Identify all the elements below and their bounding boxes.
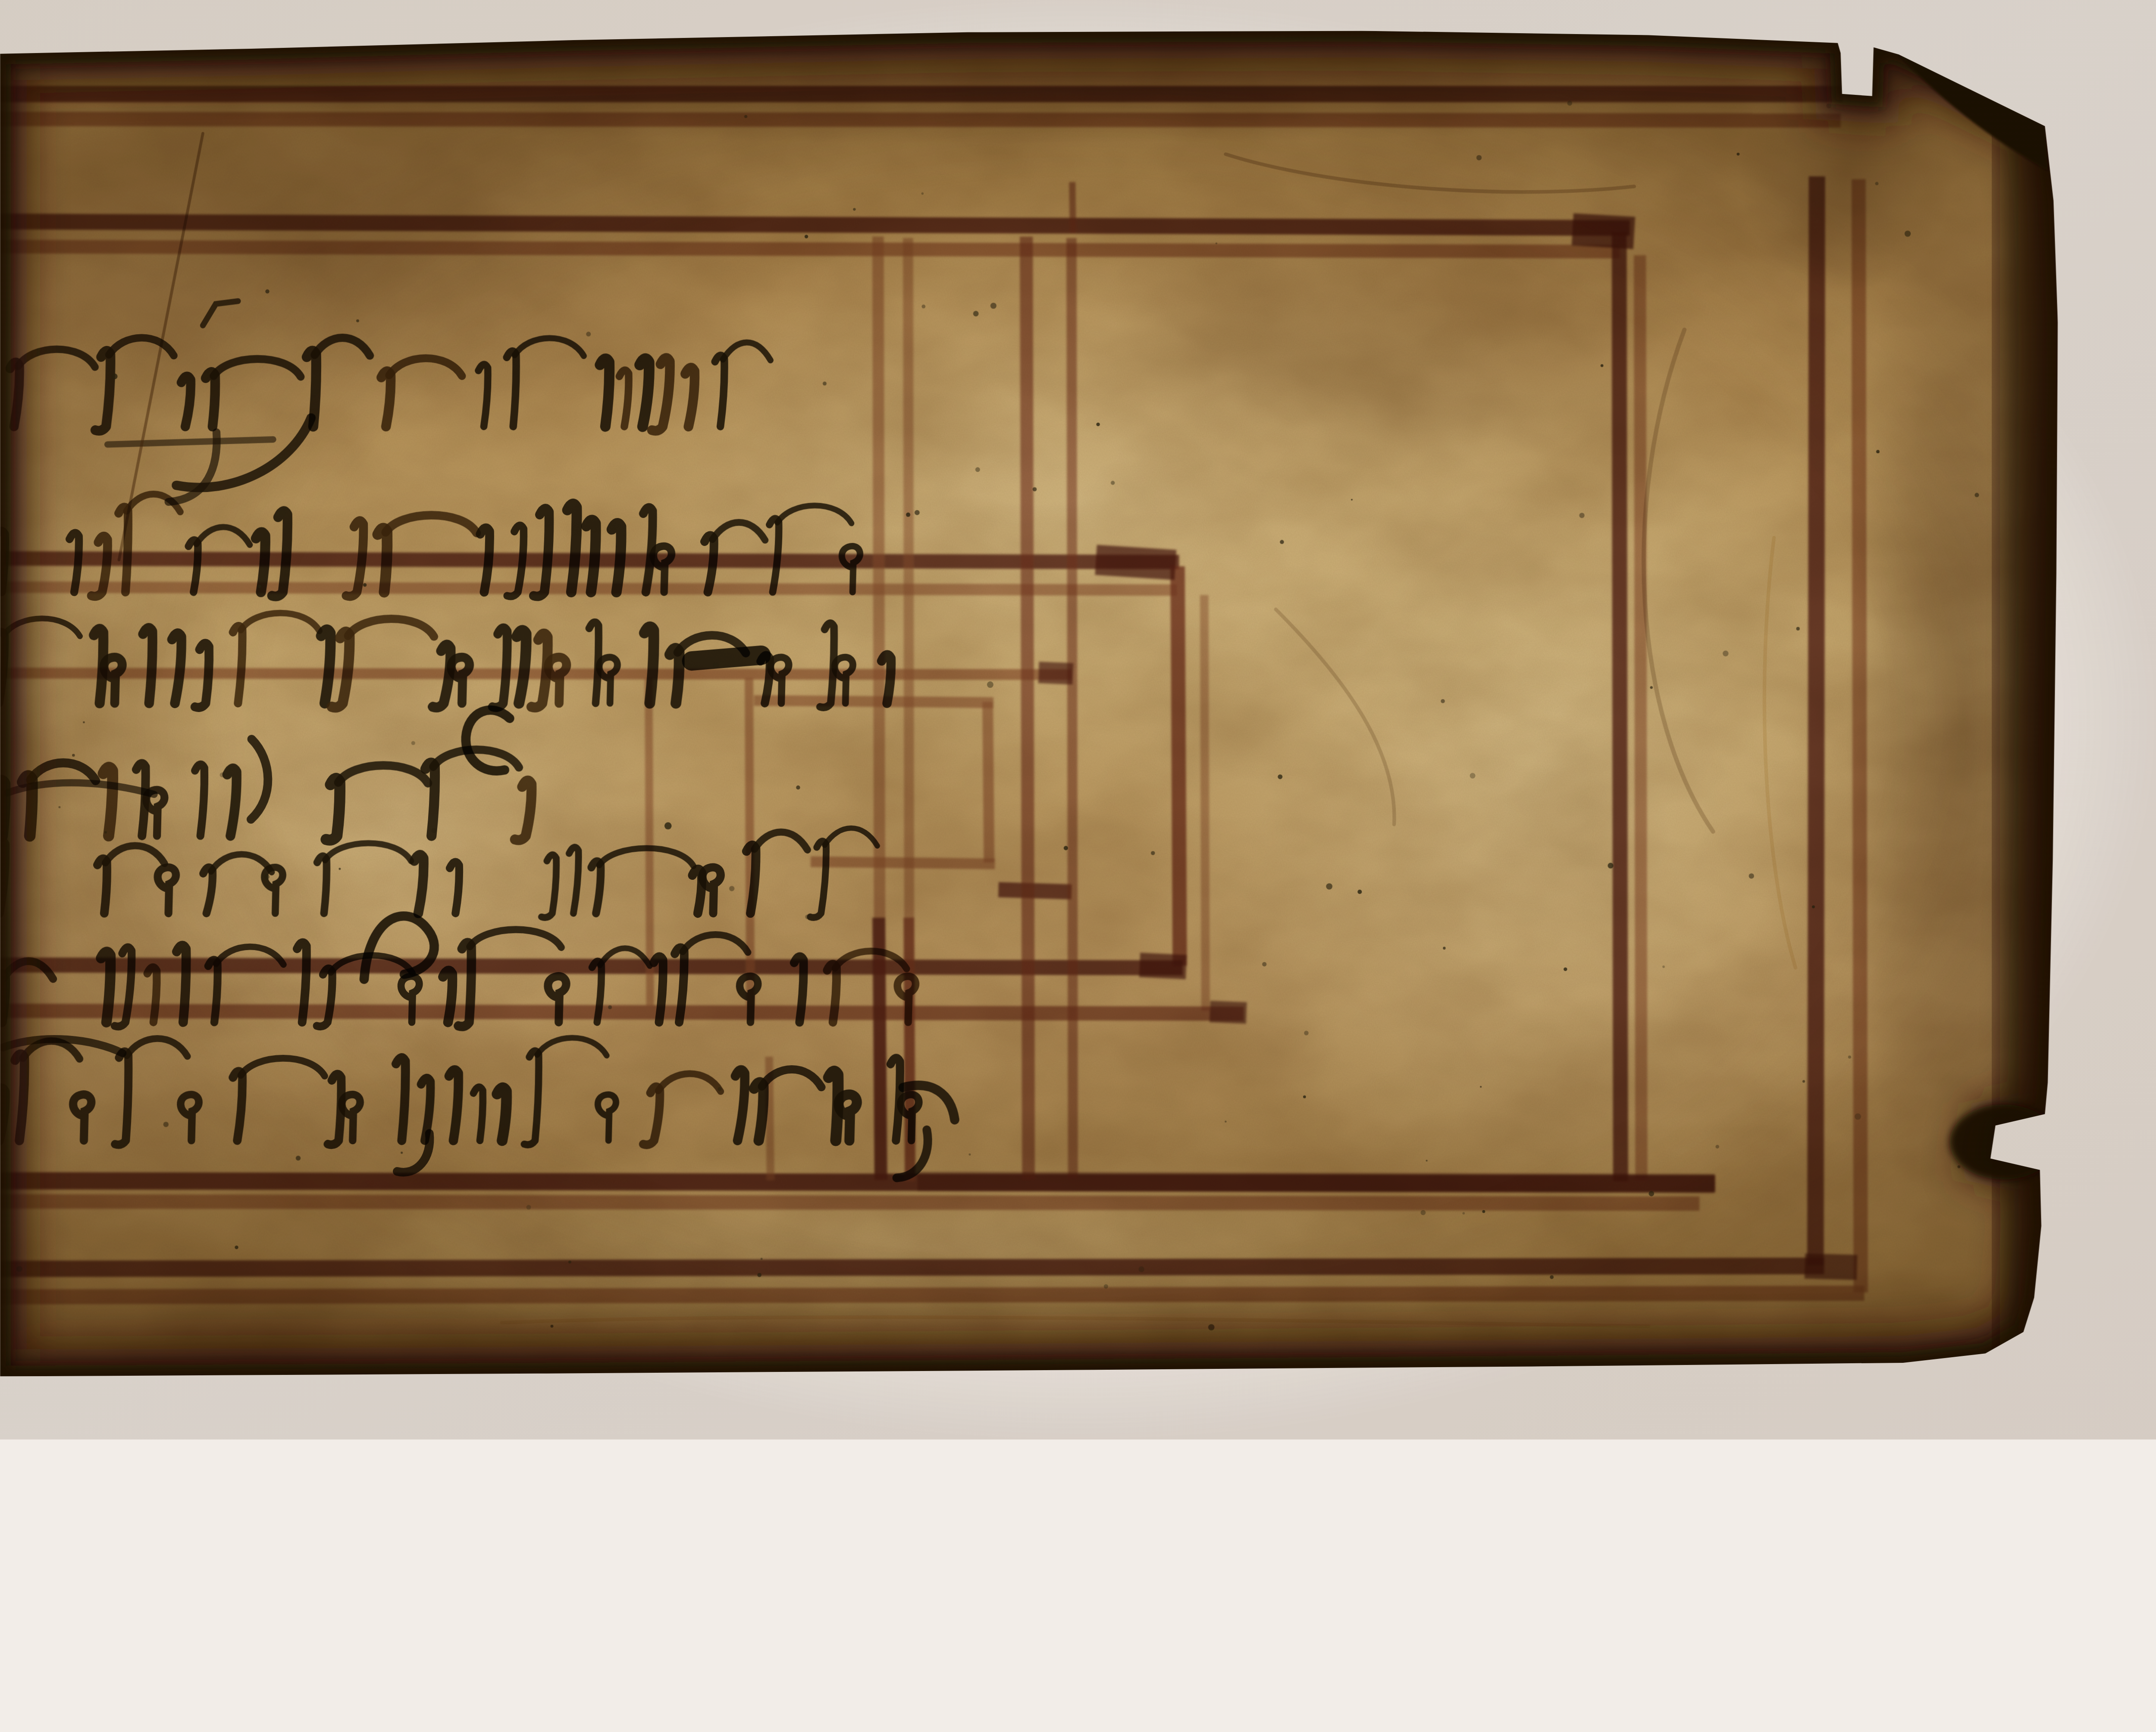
- manuscript-scene: [0, 0, 2156, 1440]
- photo-vignette: [0, 0, 2156, 1440]
- photo-backdrop: { "description": "Photograph of an aged …: [0, 0, 2156, 1440]
- manuscript-photo: [0, 0, 2156, 1440]
